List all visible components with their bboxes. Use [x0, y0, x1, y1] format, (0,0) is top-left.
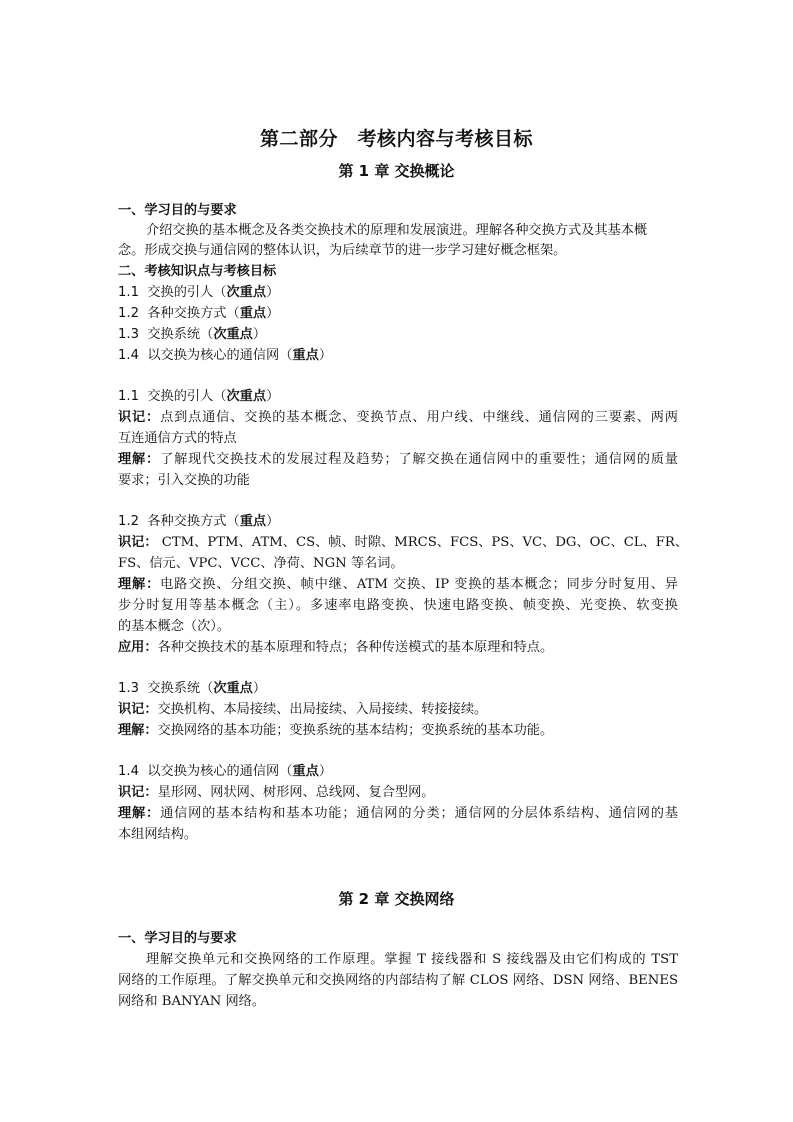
- topic-1-2-heading: 1.2 各种交换方式（重点）: [118, 512, 678, 532]
- understand-label: 理解：: [118, 723, 158, 738]
- topic-1-1-recall-line-2: 互连通信方式的特点: [118, 429, 678, 449]
- understand-text: 交换网络的基本功能；变换系统的基本结构；变换系统的基本功能。: [158, 723, 554, 738]
- ch1-section1-heading: 一、学习目的与要求: [118, 201, 678, 221]
- toc-item-1-3: 1.3 交换系统（次重点）: [118, 325, 678, 345]
- topic-1-1-heading: 1.1 交换的引人（次重点）: [118, 387, 678, 407]
- ch2-intro-line-2: 网络的工作原理。了解交换单元和交换网络的内部结构了解 CLOS 网络、DSN 网…: [118, 971, 678, 991]
- topic-1-2-recall-line-1: 识记： CTM、PTM、ATM、CS、帧、时隙、MRCS、FCS、PS、VC、D…: [118, 533, 678, 553]
- toc-close: ）: [253, 327, 266, 342]
- recall-text: CTM、PTM、ATM、CS、帧、时隙、MRCS、FCS、PS、VC、DG、OC…: [158, 535, 688, 550]
- toc-level: 重点: [292, 348, 318, 363]
- understand-text: 通信网的基本结构和基本功能；通信网的分类；通信网的分层体系结构、通信网的基: [160, 806, 678, 821]
- toc-title: 交换系统（: [147, 327, 213, 342]
- toc-num: 1.3: [118, 327, 139, 342]
- topic-1-2-understand-line-2: 步分时复用等基本概念（主）。多速率电路变换、快速电路变换、帧变换、光变换、软变换: [118, 596, 678, 616]
- ch2-section1-heading: 一、学习目的与要求: [118, 929, 678, 949]
- ch2-intro-line-1: 理解交换单元和交换网络的工作原理。掌握 T 接线器和 S 接线器及由它们构成的 …: [146, 950, 678, 970]
- topic-level: 重点: [240, 514, 266, 529]
- topic-title: 各种交换方式（: [147, 514, 239, 529]
- understand-label: 理解：: [118, 806, 160, 821]
- topic-num: 1.4: [118, 764, 139, 779]
- toc-close: ）: [319, 348, 332, 363]
- topic-num: 1.2: [118, 514, 139, 529]
- toc-num: 1.1: [118, 285, 139, 300]
- recall-label: 识记：: [118, 785, 158, 800]
- topic-1-2-apply-line-1: 应用：各种交换技术的基本原理和特点；各种传送模式的基本原理和特点。: [118, 638, 678, 658]
- chapter-2-title: 第 2 章 交换网络: [0, 888, 793, 909]
- topic-title: 交换的引人（: [147, 389, 226, 404]
- chapter-1-title: 第 1 章 交换概论: [0, 160, 793, 181]
- topic-level: 次重点: [213, 681, 253, 696]
- understand-label: 理解：: [118, 452, 160, 467]
- understand-text: 电路交换、分组交换、帧中继、ATM 交换、IP 变换的基本概念；同步分时复用、异: [160, 577, 678, 592]
- ch1-intro-line-2: 念。形成交换与通信网的整体认识，为后续章节的进一步学习建好概念框架。: [118, 241, 678, 261]
- topic-1-3-understand-line-1: 理解：交换网络的基本功能；变换系统的基本结构；变换系统的基本功能。: [118, 721, 678, 741]
- ch1-intro-line-1: 介绍交换的基本概念及各类交换技术的原理和发展演进。理解各种交换方式及其基本概: [146, 221, 678, 241]
- topic-1-4-understand-line-2: 本组网结构。: [118, 825, 678, 845]
- recall-label: 识记：: [118, 410, 160, 425]
- topic-close: ）: [266, 389, 279, 404]
- apply-label: 应用：: [118, 640, 158, 655]
- topic-1-4-understand-line-1: 理解：通信网的基本结构和基本功能；通信网的分类；通信网的分层体系结构、通信网的基: [118, 804, 678, 824]
- topic-level: 重点: [292, 764, 318, 779]
- toc-level: 次重点: [227, 285, 267, 300]
- recall-text: 交换机构、本局接续、出局接续、入局接续、转接接续。: [158, 702, 488, 717]
- topic-1-1-understand-line-2: 要求；引入交换的功能: [118, 471, 678, 491]
- topic-1-3-recall-line-1: 识记：交换机构、本局接续、出局接续、入局接续、转接接续。: [118, 700, 678, 720]
- topic-level: 次重点: [227, 389, 267, 404]
- topic-1-2-recall-line-2: FS、信元、VPC、VCC、净荷、NGN 等名词。: [118, 554, 678, 574]
- ch1-section2-heading: 二、考核知识点与考核目标: [118, 262, 678, 282]
- document-page: 第二部分 考核内容与考核目标 第 1 章 交换概论 一、学习目的与要求 介绍交换…: [0, 0, 793, 1122]
- understand-text: 了解现代交换技术的发展过程及趋势；了解交换在通信网中的重要性；通信网的质量: [160, 452, 678, 467]
- part-title: 第二部分 考核内容与考核目标: [0, 124, 793, 151]
- topic-num: 1.1: [118, 389, 139, 404]
- topic-num: 1.3: [118, 681, 139, 696]
- apply-text: 各种交换技术的基本原理和特点；各种传送模式的基本原理和特点。: [158, 640, 554, 655]
- toc-title: 以交换为核心的通信网（: [147, 348, 292, 363]
- toc-num: 1.2: [118, 306, 139, 321]
- toc-level: 重点: [240, 306, 266, 321]
- toc-num: 1.4: [118, 348, 139, 363]
- topic-1-1-understand-line-1: 理解：了解现代交换技术的发展过程及趋势；了解交换在通信网中的重要性；通信网的质量: [118, 450, 678, 470]
- ch2-intro-line-3: 网络和 BANYAN 网络。: [118, 992, 678, 1012]
- toc-close: ）: [266, 306, 279, 321]
- toc-item-1-4: 1.4 以交换为核心的通信网（重点）: [118, 346, 678, 366]
- topic-1-2-understand-line-1: 理解：电路交换、分组交换、帧中继、ATM 交换、IP 变换的基本概念；同步分时复…: [118, 575, 678, 595]
- toc-item-1-2: 1.2 各种交换方式（重点）: [118, 304, 678, 324]
- recall-text: 星形网、网状网、树形网、总线网、复合型网。: [158, 785, 435, 800]
- topic-1-2-understand-line-3: 的基本概念（次）。: [118, 617, 678, 637]
- topic-close: ）: [253, 681, 266, 696]
- understand-label: 理解：: [118, 577, 160, 592]
- topic-title: 交换系统（: [147, 681, 213, 696]
- toc-close: ）: [266, 285, 279, 300]
- topic-title: 以交换为核心的通信网（: [147, 764, 292, 779]
- topic-1-3-heading: 1.3 交换系统（次重点）: [118, 679, 678, 699]
- recall-label: 识记：: [118, 702, 158, 717]
- recall-label: 识记：: [118, 535, 158, 550]
- topic-close: ）: [319, 764, 332, 779]
- topic-close: ）: [266, 514, 279, 529]
- toc-level: 次重点: [213, 327, 253, 342]
- toc-title: 各种交换方式（: [147, 306, 239, 321]
- topic-1-4-heading: 1.4 以交换为核心的通信网（重点）: [118, 762, 678, 782]
- topic-1-4-recall-line-1: 识记：星形网、网状网、树形网、总线网、复合型网。: [118, 783, 678, 803]
- topic-1-1-recall-line-1: 识记：点到点通信、交换的基本概念、变换节点、用户线、中继线、通信网的三要素、两两: [118, 408, 678, 428]
- recall-text: 点到点通信、交换的基本概念、变换节点、用户线、中继线、通信网的三要素、两两: [160, 410, 678, 425]
- toc-item-1-1: 1.1 交换的引人（次重点）: [118, 283, 678, 303]
- toc-title: 交换的引人（: [147, 285, 226, 300]
